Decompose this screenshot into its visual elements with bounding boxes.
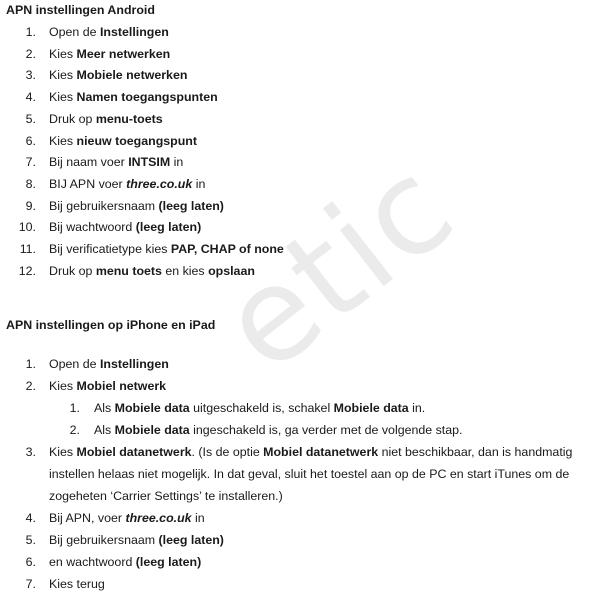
step-text-continued: instellen helaas niet mogelijk. In dat g…: [49, 467, 569, 481]
step-number: 10.: [0, 220, 36, 234]
step-number: 8.: [0, 177, 36, 191]
step-text: Druk op menu toets en kies opslaan: [49, 264, 255, 278]
step-number: 7.: [0, 577, 36, 591]
iphone-heading: APN instellingen op iPhone en iPad: [6, 318, 215, 332]
step-number: 3.: [0, 68, 36, 82]
step-text: Druk op menu-toets: [49, 112, 163, 126]
step-number: 6.: [0, 555, 36, 569]
step-text: Kies Mobiel datanetwerk. (Is de optie Mo…: [49, 445, 572, 459]
step-number: 5.: [0, 112, 36, 126]
step-number: 1.: [0, 401, 80, 415]
step-text: Kies terug: [49, 577, 105, 591]
step-text: Kies Namen toegangspunten: [49, 90, 218, 104]
step-number: 2.: [0, 423, 80, 437]
step-text: Bij naam voer INTSIM in: [49, 155, 183, 169]
step-number: 2.: [0, 379, 36, 393]
step-text: Als Mobiele data uitgeschakeld is, schak…: [94, 401, 425, 415]
step-text: BIJ APN voer three.co.uk in: [49, 177, 205, 191]
step-number: 11.: [0, 242, 36, 256]
step-text: Als Mobiele data ingeschakeld is, ga ver…: [94, 423, 462, 437]
step-number: 5.: [0, 533, 36, 547]
step-text: Bij gebruikersnaam (leeg laten): [49, 533, 224, 547]
step-text: en wachtwoord (leeg laten): [49, 555, 201, 569]
step-number: 12.: [0, 264, 36, 278]
step-text: Kies Mobiel netwerk: [49, 379, 166, 393]
step-text: Bij verificatietype kies PAP, CHAP of no…: [49, 242, 284, 256]
step-text: Kies Meer netwerken: [49, 47, 170, 61]
step-text: Open de Instellingen: [49, 25, 169, 39]
step-text: Kies Mobiele netwerken: [49, 68, 187, 82]
step-number: 1.: [0, 357, 36, 371]
step-number: 9.: [0, 199, 36, 213]
step-number: 1.: [0, 25, 36, 39]
android-heading: APN instellingen Android: [6, 3, 155, 17]
step-text-continued: zogeheten ‘Carrier Settings’ te installe…: [49, 489, 283, 503]
step-text: Kies nieuw toegangspunt: [49, 134, 197, 148]
step-number: 4.: [0, 511, 36, 525]
step-number: 7.: [0, 155, 36, 169]
step-text: Bij APN, voer three.co.uk in: [49, 511, 205, 525]
step-number: 6.: [0, 134, 36, 148]
step-number: 3.: [0, 445, 36, 459]
step-number: 2.: [0, 47, 36, 61]
step-number: 4.: [0, 90, 36, 104]
step-text: Open de Instellingen: [49, 357, 169, 371]
step-text: Bij wachtwoord (leeg laten): [49, 220, 201, 234]
step-text: Bij gebruikersnaam (leeg laten): [49, 199, 224, 213]
